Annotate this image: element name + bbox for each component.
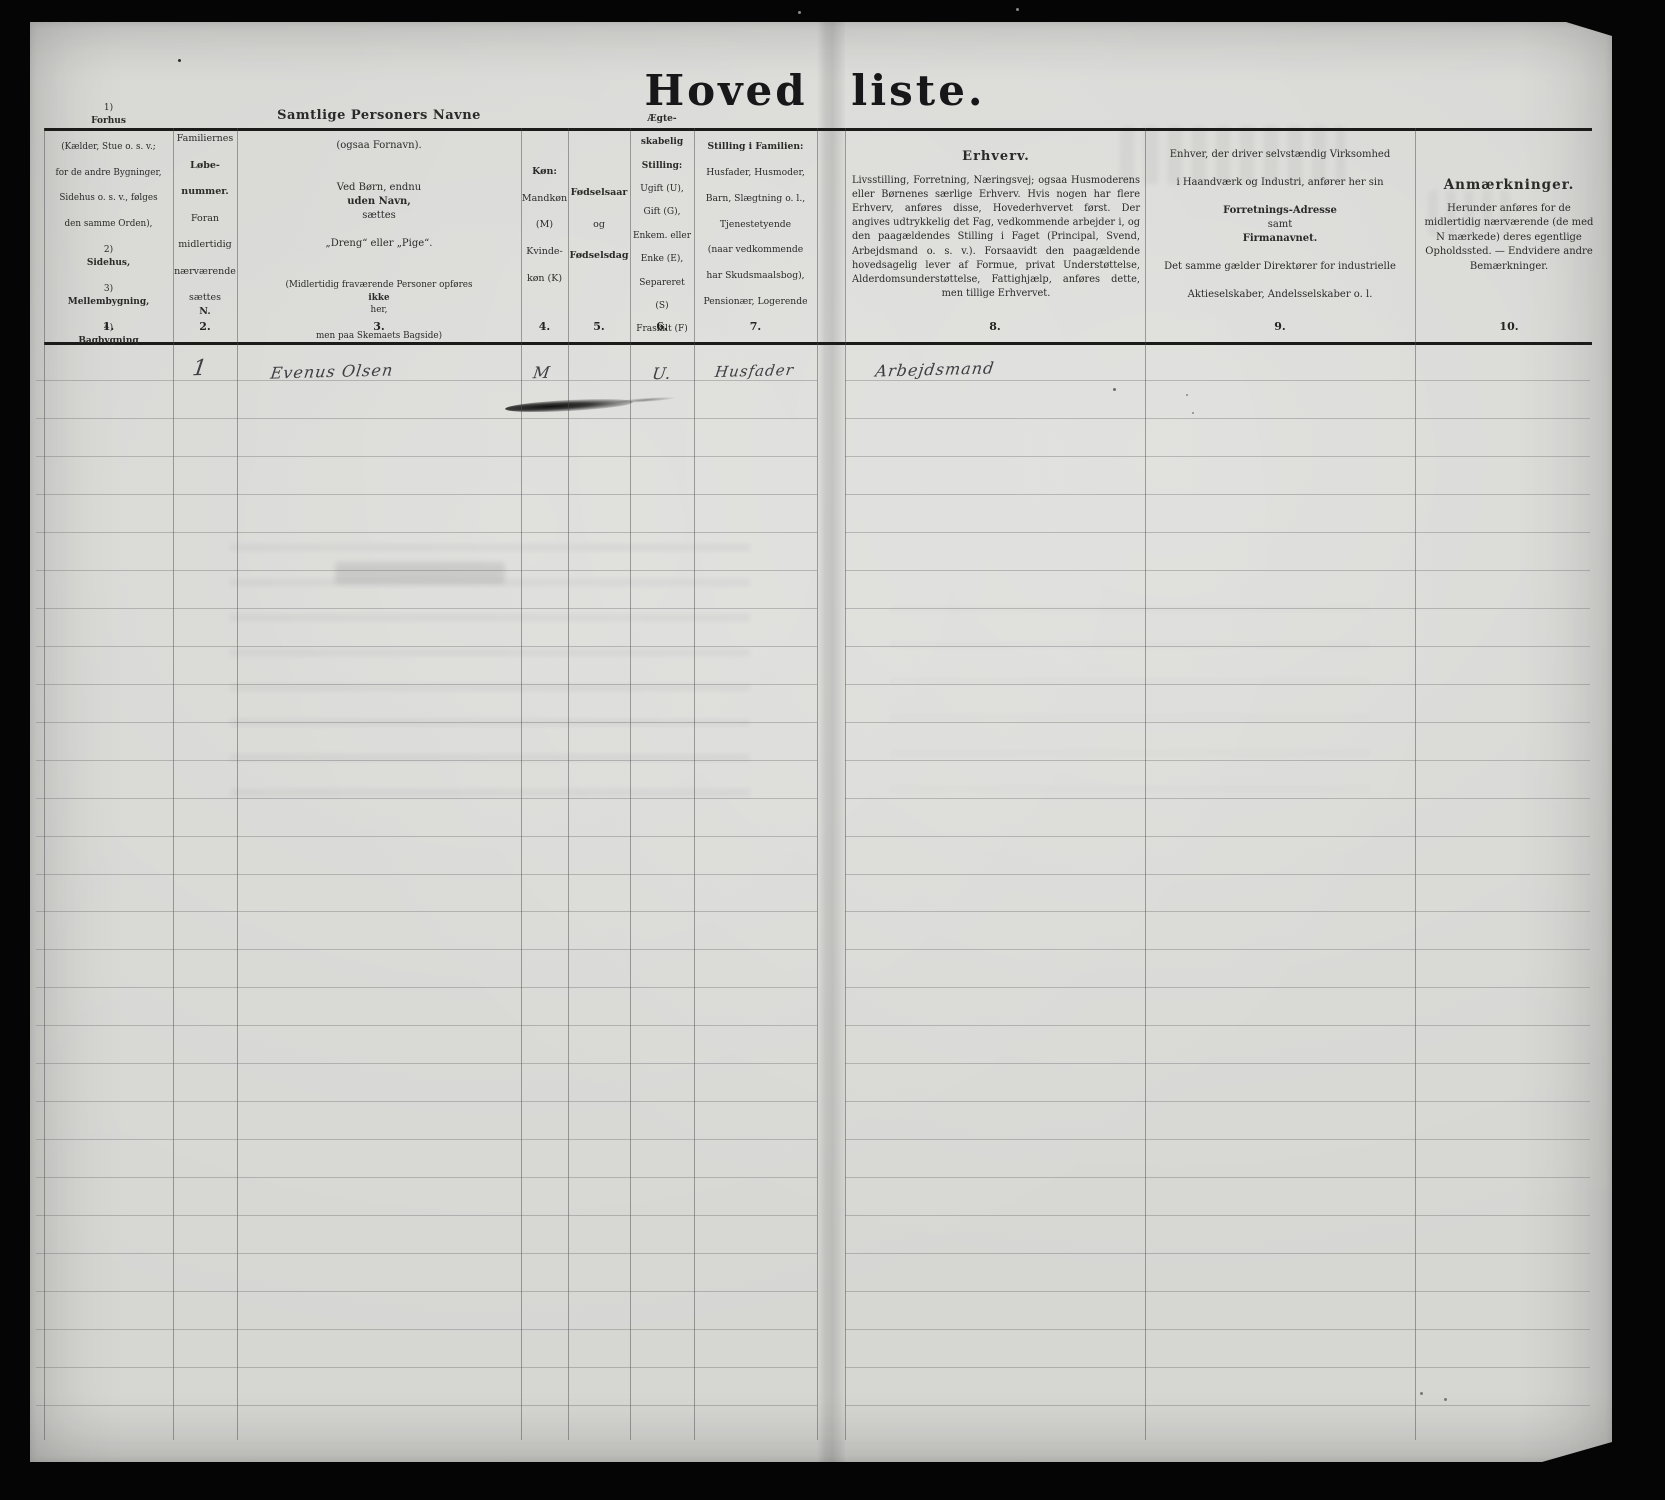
- row-line: [845, 456, 1590, 457]
- column-header-family-number: FamiliernesLøbe-nummer.Foranmidlertidign…: [173, 134, 237, 316]
- row-line: [36, 722, 817, 723]
- row-line: [845, 722, 1590, 723]
- column-line: [694, 128, 695, 1440]
- row-line: [36, 874, 817, 875]
- column-line: [237, 128, 238, 1440]
- row-line: [36, 456, 817, 457]
- column-header-names: Samtlige Personers Navne(ogsaa Fornavn).…: [237, 134, 521, 316]
- bleed-through-smudge: [335, 562, 505, 584]
- column-line: [845, 128, 846, 1440]
- row-line: [845, 798, 1590, 799]
- census-form-paper: Hoved liste. 1) Forhus(Kælder, Stue o. s…: [30, 22, 1612, 1462]
- row-line: [36, 1253, 817, 1254]
- column-line: [44, 128, 45, 1440]
- column-number-7: 7.: [694, 320, 817, 338]
- occupation-header-body: Livsstilling, Forretning, Næringsvej; og…: [852, 174, 1140, 302]
- row-line: [845, 1215, 1590, 1216]
- row-line: [845, 1253, 1590, 1254]
- row-line: [845, 1025, 1590, 1026]
- column-number-9: 9.: [1145, 320, 1415, 338]
- row-line: [845, 1329, 1590, 1330]
- row-line: [845, 646, 1590, 647]
- row-line: [36, 418, 817, 419]
- row-line: [845, 570, 1590, 571]
- column-line: [568, 128, 569, 1440]
- column-header-sex: Køn:Mandkøn(M)Kvinde-køn (K): [521, 134, 568, 316]
- page-fold-gutter: [817, 22, 845, 1462]
- ink-speck: [1192, 412, 1194, 414]
- row-line: [845, 987, 1590, 988]
- column-number-5: 5.: [568, 320, 630, 338]
- scan-corner-wedge: [1542, 1442, 1612, 1462]
- entry-family-position: Husfader: [691, 360, 819, 381]
- column-line: [1415, 128, 1416, 1440]
- row-line: [845, 608, 1590, 609]
- row-line: [36, 760, 817, 761]
- column-line: [521, 128, 522, 1440]
- row-line: [36, 1139, 817, 1140]
- row-line: [845, 418, 1590, 419]
- row-line: [36, 1101, 817, 1102]
- column-number-4: 4.: [521, 320, 568, 338]
- row-line: [845, 760, 1590, 761]
- column-header-occupation: Erhverv. Livsstilling, Forretning, Nærin…: [852, 134, 1140, 316]
- bleed-through-smudge: [890, 582, 1370, 822]
- row-line: [36, 798, 817, 799]
- ink-speck: [1186, 394, 1188, 396]
- occupation-header-title: Erhverv.: [852, 148, 1140, 166]
- remarks-header-title: Anmærkninger.: [1415, 176, 1603, 195]
- column-number-2: 2.: [173, 320, 237, 338]
- column-line: [1145, 128, 1146, 1440]
- row-line: [36, 1367, 817, 1368]
- column-line: [630, 128, 631, 1440]
- row-line: [36, 494, 817, 495]
- row-line: [845, 1291, 1590, 1292]
- row-line: [36, 1177, 817, 1178]
- column-header-business-address: Enhver, der driver selvstændig Virksomhe…: [1145, 134, 1415, 316]
- row-line: [845, 494, 1590, 495]
- scan-corner-wedge: [1566, 22, 1612, 36]
- scan-border-speck: [1016, 8, 1019, 11]
- column-number-3: 3.: [237, 320, 521, 338]
- row-line: [36, 684, 817, 685]
- row-line: [845, 836, 1590, 837]
- row-line: [36, 646, 817, 647]
- row-line: [845, 532, 1590, 533]
- row-line: [845, 1139, 1590, 1140]
- row-line: [36, 836, 817, 837]
- row-line: [36, 1025, 817, 1026]
- entry-occupation: Arbejdsmand: [848, 358, 1021, 381]
- row-line: [36, 1329, 817, 1330]
- row-line: [36, 911, 817, 912]
- ink-smear: [505, 397, 633, 415]
- column-number-1: 1.: [44, 320, 173, 338]
- scan-border-speck: [798, 11, 801, 14]
- bleed-through-smudge: [230, 534, 750, 824]
- ink-speck: [1113, 388, 1116, 391]
- column-number-6: 6.: [630, 320, 694, 338]
- column-line: [817, 128, 818, 1440]
- entry-family-number: 1: [178, 355, 221, 381]
- row-line: [845, 949, 1590, 950]
- row-line: [845, 1101, 1590, 1102]
- ink-speck: [178, 59, 181, 62]
- row-line: [845, 1063, 1590, 1064]
- column-header-marital-status: Ægte-skabeligStilling:Ugift (U),Gift (G)…: [630, 134, 694, 316]
- row-line: [845, 911, 1590, 912]
- column-header-birth: FødselsaarogFødselsdag: [568, 134, 630, 316]
- row-line: [36, 570, 817, 571]
- row-line: [845, 684, 1590, 685]
- ink-smear-tail: [615, 396, 675, 404]
- scanned-census-page: { "document": { "title": "Hoved liste.",…: [0, 0, 1665, 1500]
- row-line: [845, 1177, 1590, 1178]
- column-number-8: 8.: [845, 320, 1145, 338]
- remarks-header-body: Herunder anføres for demidlertidig nærvæ…: [1415, 202, 1603, 275]
- column-header-family-position: Stilling i Familien:Husfader, Husmoder,B…: [694, 134, 817, 316]
- row-line: [845, 1405, 1590, 1406]
- ink-speck: [1444, 1398, 1447, 1401]
- ink-speck: [1420, 1392, 1423, 1395]
- row-line: [36, 949, 817, 950]
- row-line: [36, 1063, 817, 1064]
- row-line: [36, 987, 817, 988]
- row-line: [845, 874, 1590, 875]
- column-header-buildings: 1) Forhus(Kælder, Stue o. s. v.;for de a…: [44, 134, 173, 316]
- row-line: [36, 532, 817, 533]
- row-line: [36, 1405, 817, 1406]
- row-line: [36, 1215, 817, 1216]
- column-line: [173, 128, 174, 1440]
- row-line: [36, 608, 817, 609]
- column-number-10: 10.: [1415, 320, 1603, 338]
- row-line: [845, 380, 1590, 381]
- column-header-remarks: Anmærkninger. Herunder anføres for demid…: [1415, 134, 1603, 316]
- row-line: [36, 1291, 817, 1292]
- row-line: [36, 380, 817, 381]
- row-line: [845, 1367, 1590, 1368]
